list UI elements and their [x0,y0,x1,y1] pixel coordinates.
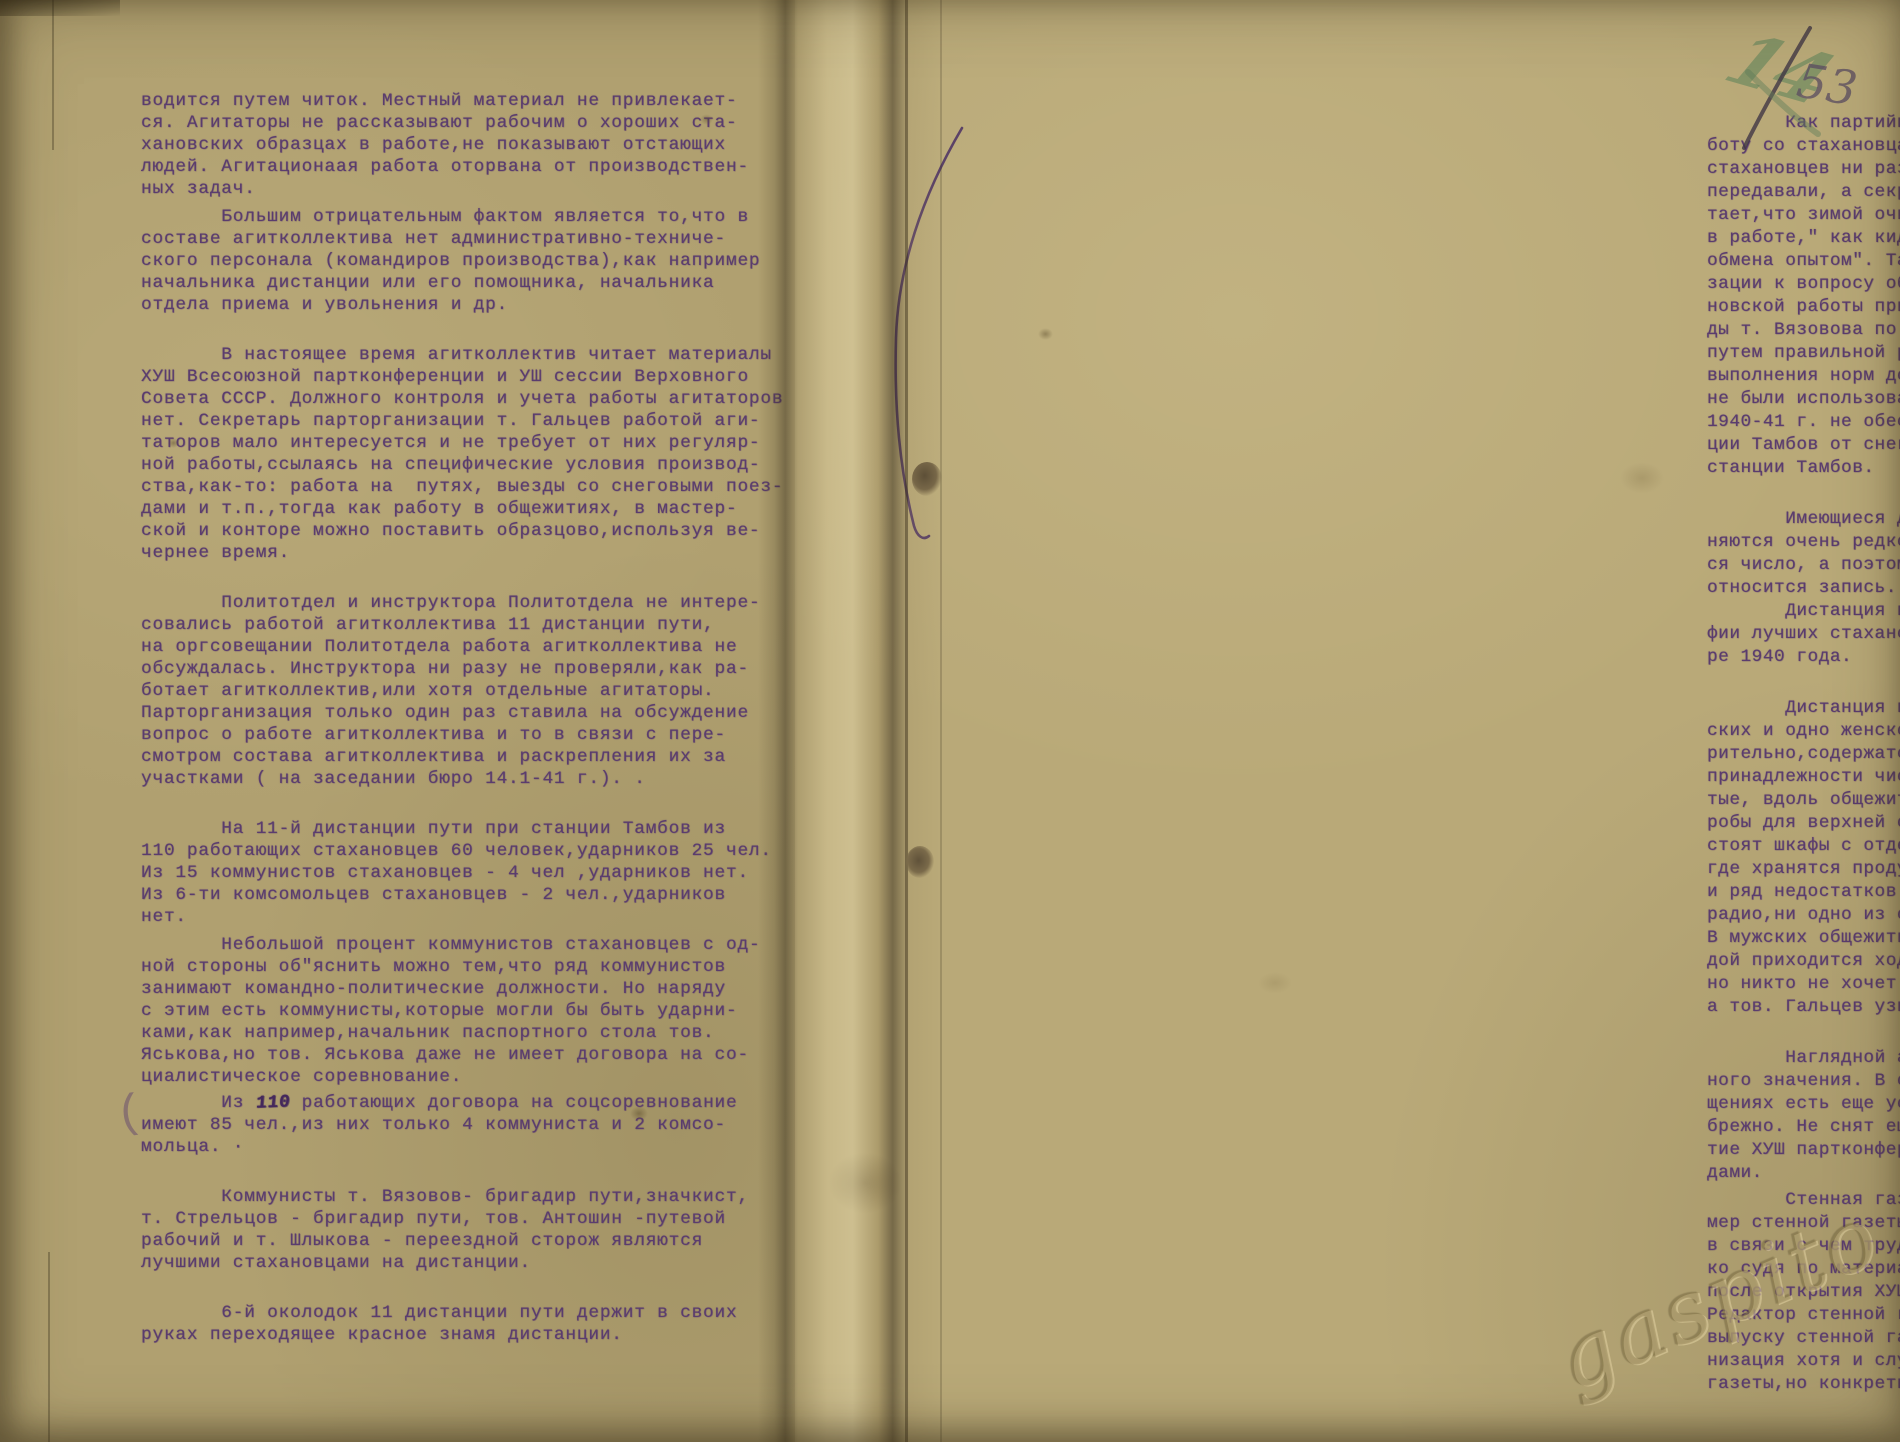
page-left: водится путем читок. Местный материал не… [0,0,795,1442]
margin-mark: ( [113,1087,146,1142]
left-page-text-column: водится путем читок. Местный материал не… [141,90,801,1346]
paragraph: На 11-й дистанции пути при станции Тамбо… [141,818,801,928]
paragraph: Небольшой процент коммунистов стахановце… [141,934,801,1088]
document-scan: водится путем читок. Местный материал не… [0,0,1900,1442]
paragraph: Наглядной агитации на дистанции не прида… [1707,1047,1900,1185]
paragraph: В настоящее время агитколлектив читает м… [141,344,801,564]
paragraph: Дистанция в Тамбове имеет 3 общежития - … [1707,697,1900,1019]
binding-crease [940,0,942,1442]
paragraph: Имеющиеся доски показателей на дистанции… [1707,508,1900,669]
paragraph: Коммунисты т. Вязовов- бригадир пути,зна… [141,1186,801,1274]
paragraph: 6-й околодок 11 дистанции пути держит в … [141,1302,801,1346]
paragraph: Большим отрицательным фактом является то… [141,206,801,316]
scan-edge-shadow [0,0,120,16]
ink-margin-line [878,118,988,568]
binder-hole [912,462,942,496]
right-page-text-column: Как партийная,так и хозяйственная органи… [1707,112,1900,1396]
binding-crease [905,0,908,1442]
handwritten-correction: 110 [255,1091,291,1114]
paper-crease [48,1252,50,1442]
crossout-stroke [1714,20,1844,160]
binder-hole [906,846,934,878]
paragraph-text: Из [141,1093,256,1113]
paragraph: Из 110 работающих договора на соцсоревно… [141,1092,801,1158]
paragraph: Как партийная,так и хозяйственная органи… [1707,112,1900,480]
paragraph: водится путем читок. Местный материал не… [141,90,801,200]
paper-crease [52,0,54,150]
paragraph: Политотдел и инструктора Политотдела не … [141,592,801,790]
